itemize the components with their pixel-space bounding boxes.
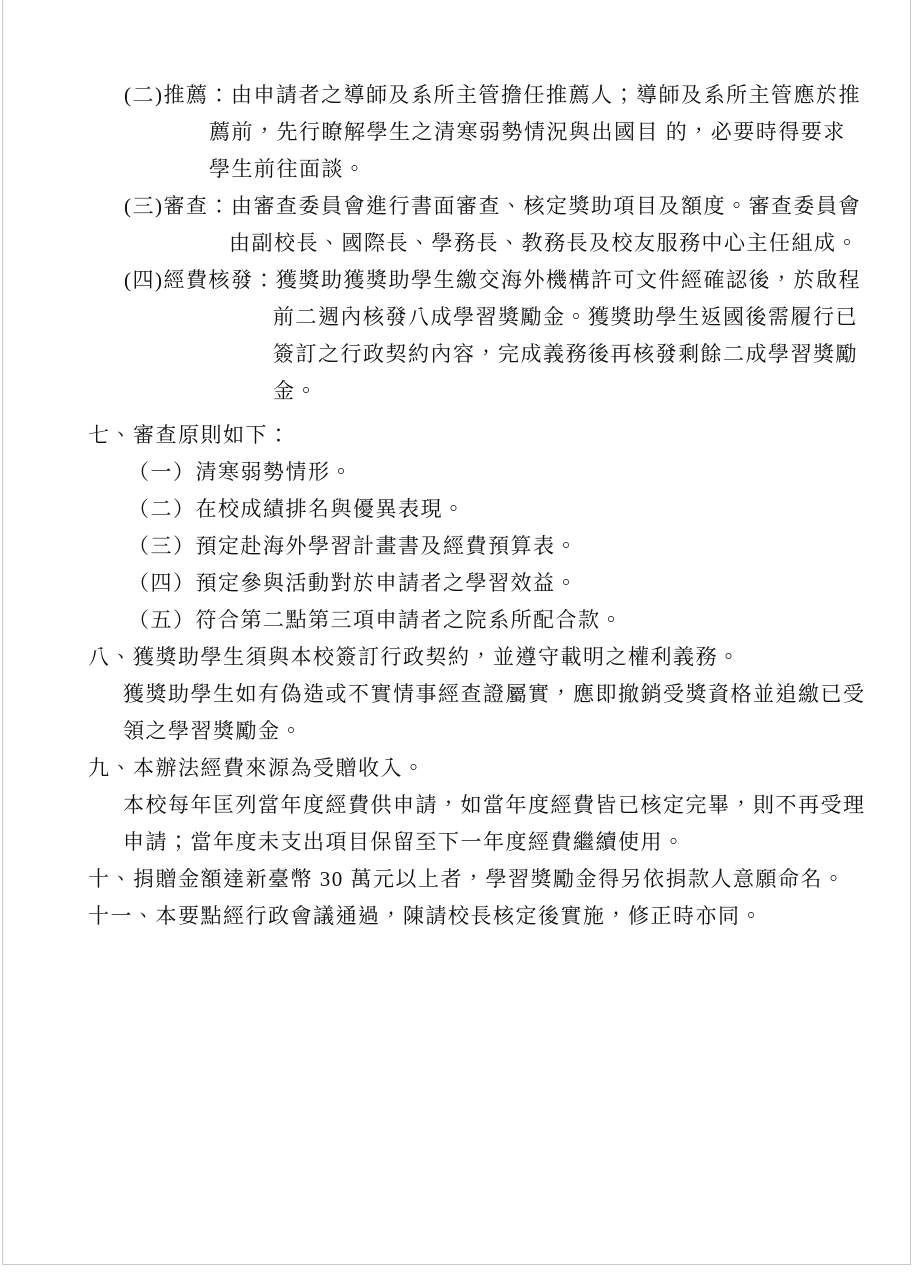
text-line: (二)推薦：由申請者之導師及系所主管擔任推薦人；導師及系所主管應於推 bbox=[3, 77, 910, 114]
text-line: 簽訂之行政契約內容，完成義務後再核發剩餘二成學習獎勵 bbox=[3, 336, 910, 373]
text-line: （一）清寒弱勢情形。 bbox=[3, 454, 910, 491]
text-line: 學生前往面談。 bbox=[3, 151, 910, 188]
text-line: 申請；當年度未支出項目保留至下一年度經費繼續使用。 bbox=[3, 824, 910, 861]
text-line: 九、本辦法經費來源為受贈收入。 bbox=[3, 750, 910, 787]
text-line: （二）在校成績排名與優異表現。 bbox=[3, 491, 910, 528]
text-line: 十一、本要點經行政會議通過，陳請校長核定後實施，修正時亦同。 bbox=[3, 898, 910, 935]
text-line: （五）符合第二點第三項申請者之院系所配合款。 bbox=[3, 602, 910, 639]
text-line: 薦前，先行瞭解學生之清寒弱勢情況與出國目 的，必要時得要求 bbox=[3, 114, 910, 151]
text-line: (三)審查：由審查委員會進行書面審查、核定獎助項目及額度。審查委員會 bbox=[3, 188, 910, 225]
text-line: 十、捐贈金額達新臺幣 30 萬元以上者，學習獎勵金得另依捐款人意願命名。 bbox=[3, 861, 910, 898]
text-line: 由副校長、國際長、學務長、教務長及校友服務中心主任組成。 bbox=[3, 225, 910, 262]
text-line: （四）預定參與活動對於申請者之學習效益。 bbox=[3, 565, 910, 602]
text-line: (四)經費核發：獲獎助獲獎助學生繳交海外機構許可文件經確認後，於啟程 bbox=[3, 262, 910, 299]
text-line: 七、審查原則如下： bbox=[3, 417, 910, 454]
document-body: (二)推薦：由申請者之導師及系所主管擔任推薦人；導師及系所主管應於推薦前，先行瞭… bbox=[3, 0, 910, 935]
document-page: (二)推薦：由申請者之導師及系所主管擔任推薦人；導師及系所主管應於推薦前，先行瞭… bbox=[2, 0, 911, 1265]
text-line: （三）預定赴海外學習計畫書及經費預算表。 bbox=[3, 528, 910, 565]
text-line: 前二週內核發八成學習獎勵金。獲獎助學生返國後需履行已 bbox=[3, 299, 910, 336]
text-line: 領之學習獎勵金。 bbox=[3, 713, 910, 750]
text-line: 八、獲獎助學生須與本校簽訂行政契約，並遵守載明之權利義務。 bbox=[3, 639, 910, 676]
text-line: 金。 bbox=[3, 373, 910, 410]
text-line: 獲獎助學生如有偽造或不實情事經查證屬實，應即撤銷受獎資格並追繳已受 bbox=[3, 676, 910, 713]
text-line: 本校每年匡列當年度經費供申請，如當年度經費皆已核定完畢，則不再受理 bbox=[3, 787, 910, 824]
